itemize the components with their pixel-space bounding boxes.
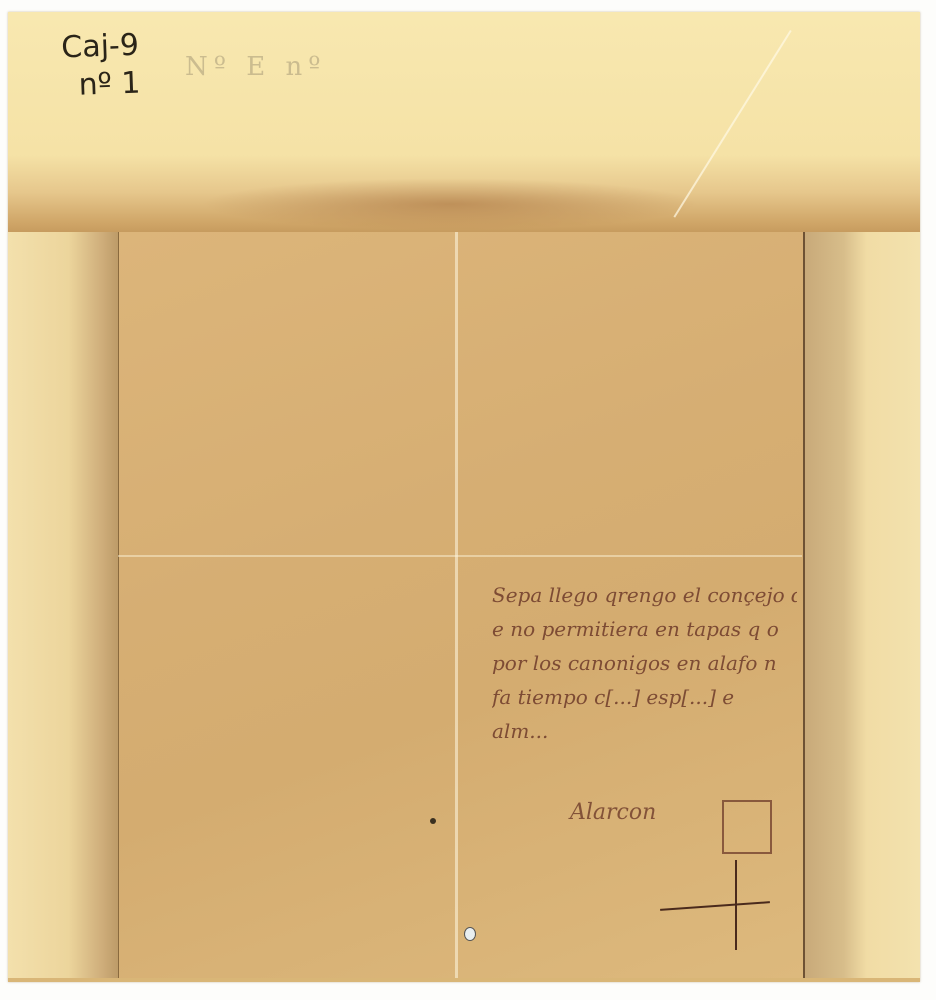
archive-label: Caj-9 nº 1: [61, 27, 141, 106]
endorsement-line: Sepa llego qrengo el conçejo de ala: [492, 578, 797, 612]
endorsement-text: Sepa llego qrengo el conçejo de ala e no…: [492, 578, 797, 748]
endorsement-line: por los canonigos en alafo n: [492, 646, 797, 680]
water-stain: [200, 178, 700, 230]
vertical-crease: [455, 232, 458, 978]
endorsement-line: e no permitiera en tapas q o: [492, 612, 797, 646]
bleed-through-text: Nº E nº: [185, 52, 326, 82]
left-fold: [8, 232, 118, 978]
right-fold: [802, 232, 920, 978]
horizontal-crease: [118, 555, 802, 557]
endorsement-line: fa tiempo c[...] esp[...] e: [492, 680, 797, 714]
endorsement-line: alm...: [492, 714, 797, 748]
rubric-stroke-vertical: [735, 860, 737, 950]
parchment-hole: [464, 927, 476, 941]
signature: Alarcon: [570, 800, 656, 825]
archive-label-number: nº 1: [62, 65, 141, 106]
parchment-hole: [430, 818, 436, 824]
archive-label-box: Caj-9: [61, 27, 140, 68]
notarial-mark: [722, 800, 772, 854]
